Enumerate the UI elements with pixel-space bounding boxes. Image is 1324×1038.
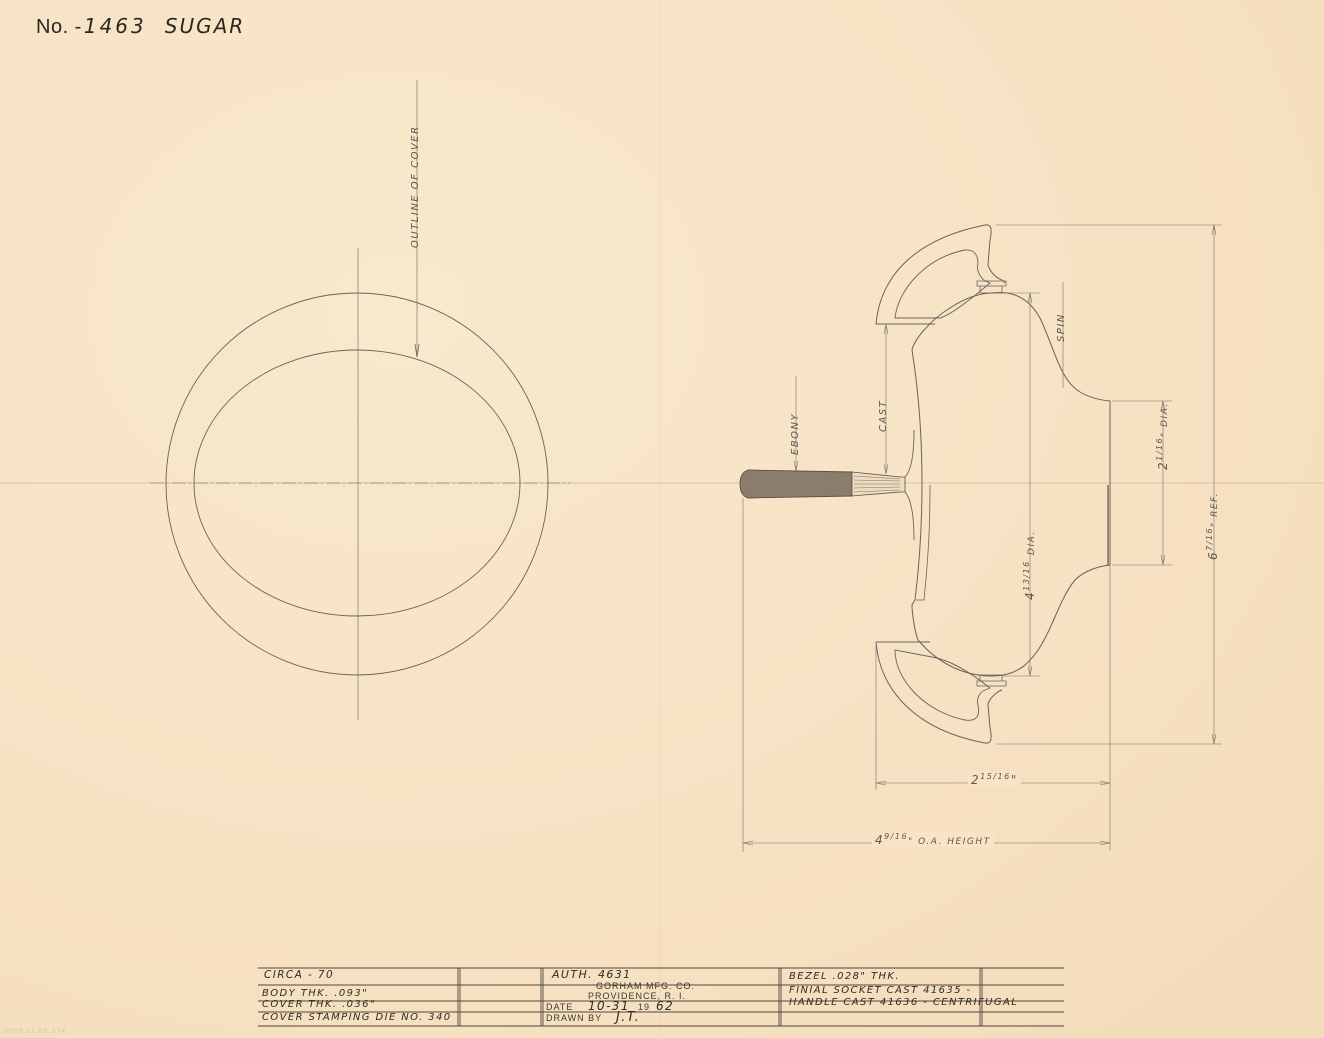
bowl-wall-inner: [916, 485, 930, 600]
cover-die-note: COVER STAMPING DIE NO. 340: [262, 1012, 451, 1023]
body-height-dimension: 215/16": [968, 772, 1021, 787]
technical-drawing: [0, 0, 1324, 1038]
lower-handle-outer: [876, 642, 1002, 743]
drawn-by-label: DRAWN BY: [546, 1013, 602, 1023]
body-thickness-note: BODY THK. .093": [262, 988, 368, 999]
outline-of-cover-label: OUTLINE OF COVER: [410, 125, 421, 248]
circa-note: CIRCA - 70: [264, 969, 334, 981]
ebony-label: EBONY: [790, 413, 801, 455]
archive-stamp: 2005.11.96.274: [4, 1028, 66, 1035]
handle-cast-note: HANDLE CAST 41636 - CENTRIFUGAL: [789, 997, 1018, 1008]
dimension-lines: [743, 225, 1222, 852]
company-name: GORHAM MFG. CO.: [596, 981, 695, 991]
side-view: [740, 225, 1110, 743]
date-label: DATE: [546, 1002, 573, 1012]
opening-dia-dimension: 21/16" DIA.: [1155, 402, 1170, 470]
lower-finial-socket: [977, 675, 1006, 686]
lower-handle-inner: [895, 650, 990, 720]
auth-number: AUTH. 4631: [552, 968, 632, 981]
drawn-by-initials: J.T.: [616, 1010, 640, 1025]
overall-width-dimension: 67/16" REF.: [1205, 492, 1220, 560]
upper-handle-inner: [895, 250, 990, 318]
knob-neck-curve: [905, 430, 914, 540]
oa-height-dimension: 49/16" O.A. HEIGHT: [872, 832, 994, 847]
bowl-body-outline: [912, 292, 1110, 676]
cover-thickness-note: COVER THK. .036": [262, 999, 376, 1010]
date-year: 62: [656, 999, 674, 1013]
spin-label: SPIN: [1056, 313, 1067, 342]
top-view: [150, 80, 570, 720]
upper-finial-socket: [977, 281, 1006, 293]
ebony-knob: [740, 470, 852, 498]
bezel-note: BEZEL .028" THK.: [789, 971, 900, 982]
finial-socket-note: FINIAL SOCKET CAST 41635 -: [789, 985, 972, 996]
cast-label: CAST: [878, 400, 889, 432]
upper-handle-outer: [876, 225, 1005, 324]
body-dia-dimension: 413/16 DIA.: [1022, 530, 1037, 600]
title-block: CIRCA - 70 BODY THK. .093" COVER THK. .0…: [258, 968, 1064, 1026]
